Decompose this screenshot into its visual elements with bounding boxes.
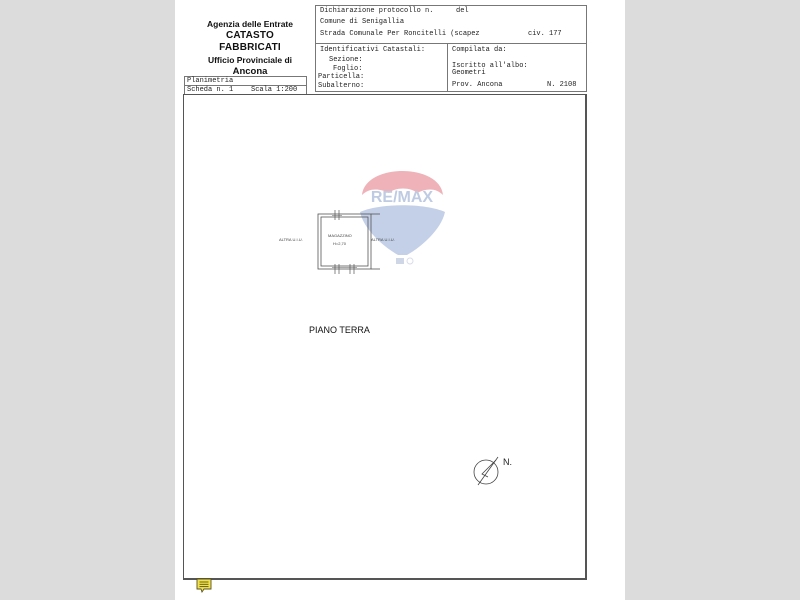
- comune: Comune di Senigallia: [320, 18, 404, 26]
- profession: Geometri: [452, 69, 486, 77]
- room-name: MAGAZZINO: [328, 233, 352, 238]
- floor-label: PIANO TERRA: [309, 325, 370, 335]
- room-height: H=2,70: [333, 241, 346, 246]
- scheda-number: Scheda n. 1: [187, 86, 233, 94]
- registration-number: N. 2108: [547, 81, 576, 89]
- compiled-by-label: Compilata da:: [452, 46, 507, 54]
- neighbor-left-label: ALTRA U.I.U.: [279, 237, 303, 242]
- address: Strada Comunale Per Roncitelli (scapez: [320, 30, 480, 38]
- office-name: Ufficio Provinciale di: [200, 54, 300, 66]
- province: Prov. Ancona: [452, 81, 502, 89]
- date-label: del: [456, 7, 469, 15]
- agency-header: Agenzia delle Entrate CATASTO FABBRICATI…: [200, 18, 300, 78]
- agency-name: Agenzia delle Entrate: [200, 18, 300, 30]
- neighbor-right-label: ALTRA U.I.U.: [371, 237, 395, 242]
- catasto-title: CATASTO FABBRICATI: [200, 30, 300, 54]
- sheet-type: Planimetria: [187, 77, 233, 85]
- north-arrow-icon: [472, 455, 502, 487]
- subalterno-label: Subalterno:: [318, 82, 364, 90]
- north-label: N.: [503, 457, 512, 467]
- divider: [447, 43, 448, 91]
- civic-number: civ. 177: [528, 30, 562, 38]
- foglio-label: Foglio:: [333, 65, 362, 73]
- scale: Scala 1:200: [251, 86, 297, 94]
- sticky-note-icon[interactable]: [196, 578, 212, 594]
- svg-text:RE/MAX: RE/MAX: [371, 189, 434, 206]
- particella-label: Particella:: [318, 73, 364, 81]
- sezione-label: Sezione:: [329, 56, 363, 64]
- protocol-label: Dichiarazione protocollo n.: [320, 7, 433, 15]
- identifiers-title: Identificativi Catastali:: [320, 46, 425, 54]
